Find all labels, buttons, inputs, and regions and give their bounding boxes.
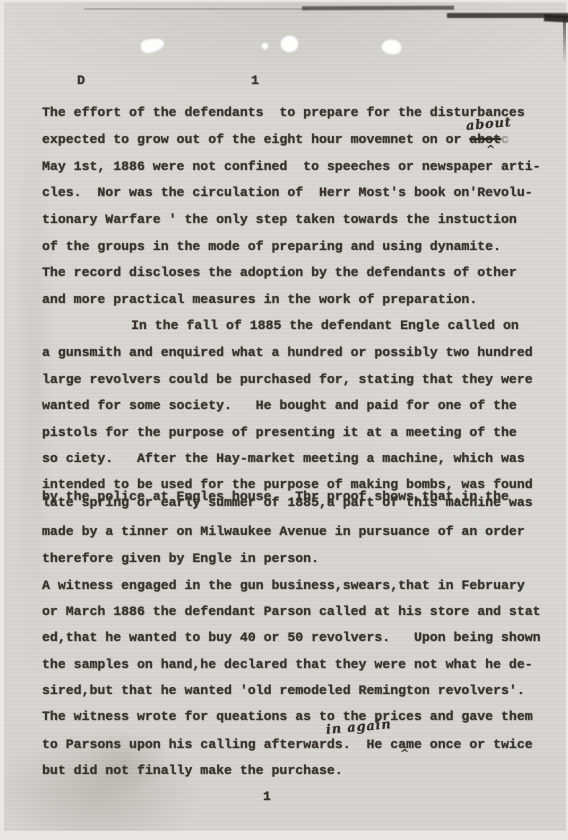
text-line: large revolvers could be purchased for, … [42,372,533,387]
text-line: A witness engaged in the gun business,sw… [42,578,525,593]
text-line: to Parsons upon his calling afterwards. … [42,737,533,752]
document-page: D 1 The effort of the defendants to prep… [4,2,566,831]
punch-hole [280,35,299,53]
text-line: but did not finally make the purchase. [42,763,343,778]
punch-hole [139,36,167,56]
text-line: ed,that he wanted to buy 40 or 50 revolv… [42,630,541,645]
text-line: pistols for the purpose of presenting it… [42,425,517,440]
torn-edge-right-sliver [563,18,566,64]
text-segment: c [501,132,509,147]
scan-background: D 1 The effort of the defendants to prep… [0,0,568,840]
text-line: The witness wrote for queations as to th… [42,709,533,724]
text-line: sired,but that he wanted 'old remodeled … [42,683,525,698]
text-line: therefore given by Engle in person. [42,551,319,566]
text-line: cles. Nor was the circulation of Herr Mo… [42,185,533,200]
text-line: so ciety. After the Hay-market meeting a… [42,451,525,466]
torn-edge-top-mid [302,6,454,11]
text-line: The record discloses the adoption by the… [42,265,517,280]
text-line: May 1st, 1886 were not confined to speec… [42,159,541,174]
text-line: In the fall of 1885 the defendant Engle … [131,318,519,333]
text-line: a gunsmith and enquired what a hundred o… [42,345,533,360]
text-line: and more practical measures in the work … [42,292,477,307]
text-line: of the groups in the mode of preparing a… [42,239,501,254]
handwritten-annotation: in again [326,718,393,737]
text-segment: expected to grow out of the eight hour m… [42,132,469,147]
caret-mark: ^ [400,748,409,759]
caret-mark: ^ [486,144,495,155]
text-line: the samples on hand,he declared that the… [42,657,533,672]
text-line: or March 1886 the defendant Parson calle… [42,604,541,619]
text-line: made by a tinner on Milwaukee Avenue in … [42,524,525,539]
text-line: tionary Warfare ' the only step taken to… [42,212,517,227]
header-page-number: 1 [251,73,259,88]
text-line: late spring or early summer of 1885,a pa… [42,495,533,510]
torn-edge-top-right [447,13,568,18]
footer-page-number: 1 [263,789,271,804]
punch-hole [261,42,269,50]
text-line: expected to grow out of the eight hour m… [42,132,509,147]
torn-edge-corner [544,14,568,22]
handwritten-annotation: about [466,116,513,133]
header-section-mark: D [77,73,85,88]
torn-edge-top-left [84,8,309,10]
punch-hole [380,38,403,56]
text-line: The effort of the defendants to prepare … [42,105,525,120]
text-line: wanted for some society. He bought and p… [42,398,517,413]
